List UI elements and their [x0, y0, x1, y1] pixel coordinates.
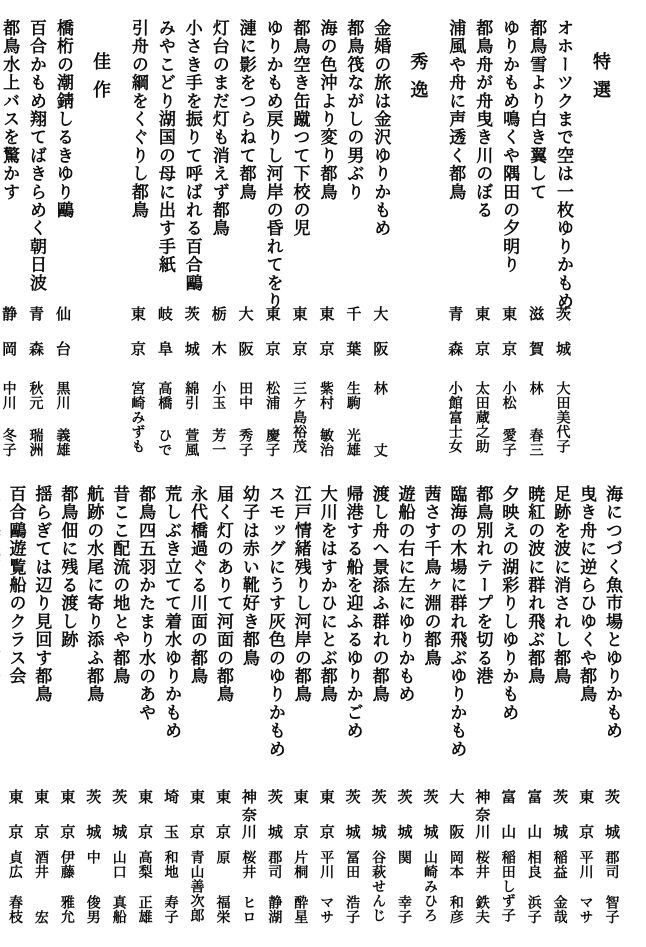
- author-name: 原福栄: [215, 850, 229, 924]
- author-name-part: 高橋: [157, 381, 171, 410]
- place-name: 岐阜: [157, 306, 172, 356]
- place-char: 東: [189, 789, 204, 804]
- poem-entry: 揺らぎては辺り見回す都鳥東京酒井宏: [29, 478, 52, 941]
- author-name-part: 小松: [502, 381, 516, 410]
- place-char: 城: [267, 824, 282, 839]
- author-name-part: 敏治: [319, 428, 333, 457]
- author-name-part: 林: [529, 381, 543, 396]
- author-name-part: 和彦: [449, 895, 463, 924]
- place-name: 茨城: [267, 789, 282, 839]
- poem-entry: 都鳥別れテープを切る港神奈川桜井鉄夫: [470, 478, 493, 941]
- author-name-part: ひで: [157, 428, 171, 457]
- author-name-part: 山崎みひろ: [423, 850, 437, 923]
- section-header-label: 特選: [590, 52, 611, 108]
- author-name: 相良浜子: [527, 850, 541, 924]
- place-char: 城: [552, 824, 567, 839]
- place-name: 茨城: [111, 789, 126, 839]
- author-name-part: 稲田しず子: [501, 850, 515, 923]
- author-name: 中川冬子: [2, 381, 16, 457]
- poem-entry: 届く灯のありて河面の都鳥東京原福栄: [211, 478, 234, 941]
- author-name-part: 小玉: [211, 381, 225, 410]
- author-name-part: 岡本: [449, 850, 463, 879]
- place-name: 神奈川: [474, 789, 489, 839]
- place-char: 茨: [184, 306, 199, 321]
- poem-entry: 都鳥筏ながしの男ぶり千葉生駒光雄: [341, 12, 364, 472]
- author-name-part: 金哉: [553, 895, 567, 924]
- place-char: 京: [189, 824, 204, 839]
- place-char: 京: [501, 341, 516, 356]
- place-char: 茨: [397, 789, 412, 804]
- place-char: 東: [293, 789, 308, 804]
- place-name: 東京: [293, 789, 308, 839]
- place-name: 神奈川: [241, 789, 256, 839]
- author-name-part: 丈: [373, 443, 387, 458]
- author-name: 平川マサ: [319, 850, 333, 924]
- author-name-part: 宮崎みずも: [130, 381, 144, 454]
- author-name-part: 郡司: [605, 850, 619, 879]
- place-name: 千葉: [345, 306, 360, 356]
- poem-entry: 航跡の水尾に寄り添ふ都鳥茨城中俊男: [81, 478, 104, 941]
- poem-entry: 都鳥雪より白き翼して滋賀林春三: [524, 12, 547, 472]
- author-name-part: 生駒: [346, 381, 360, 410]
- section-header: 特選: [587, 12, 613, 512]
- author-name-part: 貞広: [8, 850, 22, 879]
- place-char: 東: [59, 789, 74, 804]
- place-name: 東京: [265, 306, 280, 356]
- place-name: 大阪: [448, 789, 463, 839]
- author-name-part: 秀子: [238, 428, 252, 457]
- author-name-part: マサ: [319, 895, 333, 924]
- author-name-part: 真船: [112, 895, 126, 924]
- place-char: 青: [447, 306, 462, 321]
- poem-entry: 帰港する船を迎ふるゆりかごめ茨城冨田浩子: [341, 478, 364, 941]
- place-char: 京: [578, 824, 593, 839]
- place-char: 奈: [474, 807, 489, 822]
- author-name-part: 冨田: [345, 850, 359, 879]
- author-name: 太田蔵之助: [475, 381, 489, 457]
- place-char: 大: [238, 306, 253, 321]
- author-name-part: 浜子: [527, 895, 541, 924]
- author-name: 谷萩せんじ: [371, 850, 385, 924]
- section-header-label: 秀逸: [407, 52, 428, 108]
- place-name: 茨城: [397, 789, 412, 839]
- place-char: 台: [55, 341, 70, 356]
- author-name-part: 紫村: [319, 381, 333, 410]
- poem-entry: 足跡を波に消されし都鳥茨城稲益金哉: [548, 478, 571, 941]
- place-char: 栃: [211, 306, 226, 321]
- author-name-part: 和地: [164, 850, 178, 879]
- place-char: 城: [397, 824, 412, 839]
- place-name: 青森: [28, 306, 43, 356]
- author-name-part: 中川: [2, 381, 16, 410]
- place-name: 茨城: [555, 306, 570, 356]
- author-name-part: 原: [215, 850, 229, 865]
- poem-entry: 海の色沖より変り都鳥東京紫村敏治: [315, 12, 338, 472]
- place-char: 東: [215, 789, 230, 804]
- poem-entry: 都鳥水上バスを驚かす静岡中川冬子: [0, 12, 20, 472]
- author-name-part: 大田美代子: [556, 381, 570, 454]
- place-char: 東: [137, 789, 152, 804]
- author-name: 松浦慶子: [265, 381, 279, 457]
- author-name-part: 福栄: [215, 895, 229, 924]
- poem-entry: 灯台のまだ灯も消えず都鳥栃木小玉芳一: [207, 12, 230, 472]
- results-band-bottom: 海につづく魚市場とゆりかもめ茨城郡司智子曳き舟に逆らひゆくや都鳥東京平川マサ足跡…: [8, 478, 626, 941]
- author-name-part: 瑞洲: [29, 428, 43, 457]
- author-name-part: ヒロ: [241, 895, 255, 924]
- author-name: 伊藤雅允: [60, 850, 74, 924]
- results-band-top: 特選オホーツクまで空は一枚ゆりかもめ茨城大田美代子都鳥雪より白き翼して滋賀林春三…: [8, 12, 626, 472]
- author-name: 関幸子: [397, 850, 411, 924]
- place-char: 茨: [345, 789, 360, 804]
- author-name: 三ケ島裕茂: [292, 381, 306, 457]
- author-name-part: 愛子: [502, 428, 516, 457]
- author-name-part: 慶子: [265, 428, 279, 457]
- place-name: 茨城: [371, 789, 386, 839]
- section-header: 佳作: [87, 12, 113, 512]
- author-name: 小松愛子: [502, 381, 516, 457]
- place-name: 東京: [59, 789, 74, 839]
- poem-entry: 永代橋過ぐる川面の都鳥東京青山善次郎: [185, 478, 208, 941]
- place-char: 京: [130, 341, 145, 356]
- place-char: 茨: [552, 789, 567, 804]
- author-name-part: 平川: [319, 850, 333, 879]
- place-char: 岡: [1, 341, 16, 356]
- place-name: 青森: [447, 306, 462, 356]
- author-name: 宮崎みずも: [130, 381, 144, 457]
- author-name: 貞広春枝: [8, 850, 22, 924]
- poem-entry: 都鳥四五羽かたまり水のあや東京高梨正雄: [133, 478, 156, 941]
- place-char: 岐: [157, 306, 172, 321]
- place-char: 城: [111, 824, 126, 839]
- place-char: 木: [211, 341, 226, 356]
- place-char: 城: [555, 341, 570, 356]
- place-char: 城: [604, 824, 619, 839]
- author-name-part: 林: [373, 381, 387, 396]
- poem-entry: 引舟の綱をくぐりし都鳥東京宮崎みずも: [126, 12, 149, 472]
- author-name-part: 秋元: [29, 381, 43, 410]
- section-header-label: 佳作: [90, 52, 111, 108]
- place-name: 茨城: [422, 789, 437, 839]
- place-char: 東: [319, 789, 334, 804]
- place-char: 森: [447, 341, 462, 356]
- author-name-part: 綿引: [184, 381, 198, 410]
- place-char: 大: [448, 789, 463, 804]
- poem-entry: 都鳥佃に残る渡し跡東京伊藤雅允: [55, 478, 78, 941]
- place-char: 茨: [604, 789, 619, 804]
- place-char: 大: [372, 306, 387, 321]
- place-char: 茨: [371, 789, 386, 804]
- place-char: 茨: [85, 789, 100, 804]
- author-name-part: 稲益: [553, 850, 567, 879]
- author-name-part: 三ケ島裕茂: [292, 381, 306, 454]
- author-name: 酒井宏: [34, 850, 48, 924]
- place-char: 京: [59, 824, 74, 839]
- poem-entry: 臨海の木場に群れ飛ぶゆりかもめ大阪岡本和彦: [444, 478, 467, 941]
- place-char: 京: [292, 341, 307, 356]
- poem-entry: 昔ここ配流の地とや都鳥茨城山口真船: [107, 478, 130, 941]
- place-char: 富: [526, 789, 541, 804]
- author-name: 林丈: [373, 381, 387, 457]
- author-name-part: 宏: [34, 910, 48, 925]
- place-char: 京: [33, 824, 48, 839]
- place-char: 阜: [157, 341, 172, 356]
- author-name-part: 小館富士女: [448, 381, 462, 454]
- place-char: 京: [215, 824, 230, 839]
- author-name: 冨田浩子: [345, 850, 359, 924]
- place-char: 東: [474, 306, 489, 321]
- poem-entry: 都鳥舟が舟曳き川のぼる東京太田蔵之助: [470, 12, 493, 472]
- place-name: 茨城: [85, 789, 100, 839]
- author-name: 中俊男: [86, 850, 100, 924]
- place-name: 東京: [130, 306, 145, 356]
- author-name: 小玉芳一: [211, 381, 225, 457]
- author-name-part: 萱風: [184, 428, 198, 457]
- place-char: 富: [500, 789, 515, 804]
- place-char: 川: [474, 824, 489, 839]
- author-name: 高梨正雄: [138, 850, 152, 924]
- author-name: 稲益金哉: [553, 850, 567, 924]
- author-name: 郡司静湖: [267, 850, 281, 924]
- place-name: 東京: [7, 789, 22, 839]
- place-name: 富山: [500, 789, 515, 839]
- place-char: 京: [7, 824, 22, 839]
- place-char: 滋: [528, 306, 543, 321]
- author-name-part: 桜井: [475, 850, 489, 879]
- section-header: 秀逸: [404, 12, 430, 512]
- place-char: 京: [319, 824, 334, 839]
- author-name-part: 静湖: [267, 895, 281, 924]
- place-char: 東: [7, 789, 22, 804]
- author-name-part: 谷萩せんじ: [371, 850, 385, 923]
- place-char: 茨: [422, 789, 437, 804]
- place-char: 城: [422, 824, 437, 839]
- author-name-part: 智子: [605, 895, 619, 924]
- place-name: 仙台: [55, 306, 70, 356]
- place-char: 城: [371, 824, 386, 839]
- author-name-part: 寿子: [164, 895, 178, 924]
- place-char: 阪: [372, 341, 387, 356]
- place-name: 茨城: [552, 789, 567, 839]
- place-char: 東: [578, 789, 593, 804]
- place-char: 玉: [163, 824, 178, 839]
- poem-entry: 浦風や舟に声透く都鳥青森小館富士女: [443, 12, 466, 472]
- place-char: 城: [345, 824, 360, 839]
- poem-entry: 曳き舟に逆らひゆくや都鳥東京平川マサ: [574, 478, 597, 941]
- author-name-part: 酒井: [34, 850, 48, 879]
- author-name: 郡司智子: [605, 850, 619, 924]
- place-char: 東: [501, 306, 516, 321]
- author-name-part: 義雄: [55, 428, 69, 457]
- place-char: 茨: [267, 789, 282, 804]
- place-char: 東: [130, 306, 145, 321]
- place-name: 静岡: [1, 306, 16, 356]
- poem-entry: 江戸情緒残りし河岸の都鳥東京片桐酔星: [289, 478, 312, 941]
- poem-entry: 都鳥空き缶蹴つて下校の児東京三ケ島裕茂: [288, 12, 311, 472]
- poem-entry: 渡し舟へ景添ふ群れの都鳥茨城谷萩せんじ: [367, 478, 390, 941]
- author-name-part: 青山善次郎: [190, 850, 204, 923]
- place-char: 神: [241, 789, 256, 804]
- place-char: 奈: [241, 807, 256, 822]
- place-char: 川: [241, 824, 256, 839]
- place-char: 東: [33, 789, 48, 804]
- author-name-part: 高梨: [138, 850, 152, 879]
- poem-entry: 暁紅の波に群れ飛ぶ都鳥富山相良浜子: [522, 478, 545, 941]
- place-char: 東: [265, 306, 280, 321]
- place-name: 東京: [215, 789, 230, 839]
- author-name-part: 幸子: [397, 895, 411, 924]
- place-name: 茨城: [345, 789, 360, 839]
- author-name-part: 太田蔵之助: [475, 381, 489, 454]
- place-name: 滋賀: [528, 306, 543, 356]
- place-name: 東京: [33, 789, 48, 839]
- author-name-part: 桜井: [241, 850, 255, 879]
- poem-entry: スモッグにうす灰色のゆりかもめ茨城郡司静湖: [263, 478, 286, 941]
- author-name-part: 光雄: [346, 428, 360, 457]
- author-name-part: 俊男: [86, 895, 100, 924]
- place-name: 茨城: [184, 306, 199, 356]
- place-char: 城: [85, 824, 100, 839]
- author-name-part: 相良: [527, 850, 541, 879]
- place-name: 栃木: [211, 306, 226, 356]
- place-char: 京: [474, 341, 489, 356]
- poem-entry: 海につづく魚市場とゆりかもめ茨城郡司智子: [600, 478, 623, 941]
- poem-entry: 荒しぶき立てて着水ゆりかもめ埼玉和地寿子: [159, 478, 182, 941]
- place-char: 京: [137, 824, 152, 839]
- author-name: 和地寿子: [164, 850, 178, 924]
- place-char: 埼: [163, 789, 178, 804]
- author-name: 山口真船: [112, 850, 126, 924]
- author-name: 生駒光雄: [346, 381, 360, 457]
- place-char: 京: [318, 341, 333, 356]
- place-name: 東京: [189, 789, 204, 839]
- author-name-part: 浩子: [345, 895, 359, 924]
- place-char: 千: [345, 306, 360, 321]
- poem-entry: 小さき手を振りて呼ばれる百合鷗茨城綿引萱風: [180, 12, 203, 472]
- place-name: 富山: [526, 789, 541, 839]
- place-char: 茨: [555, 306, 570, 321]
- author-name-part: 郡司: [267, 850, 281, 879]
- place-char: 森: [28, 341, 43, 356]
- place-char: 東: [292, 306, 307, 321]
- poem-entry: ゆりかもめ戻りし河岸の昏れてをり東京松浦慶子: [261, 12, 284, 472]
- author-name-part: 田中: [238, 381, 252, 410]
- poem-entry: 百合鷗遊覧船のクラス会東京貞広春枝: [4, 478, 27, 941]
- author-name: 黒川義雄: [55, 381, 69, 457]
- author-name: 田中秀子: [238, 381, 252, 457]
- author-name-part: マサ: [579, 895, 593, 924]
- author-name: 高橋ひで: [157, 381, 171, 457]
- poem-entry: 光る海眼下にありて都鳥栃木小玉キエ: [0, 478, 1, 941]
- poem-entry: 漣に影をつらねて都鳥大阪田中秀子: [234, 12, 257, 472]
- place-char: 神: [474, 789, 489, 804]
- author-name: 大田美代子: [556, 381, 570, 457]
- author-name-part: 片桐: [293, 850, 307, 879]
- place-name: 埼玉: [163, 789, 178, 839]
- place-name: 東京: [137, 789, 152, 839]
- poem-entry: 茜さす千鳥ヶ淵の都鳥茨城山崎みひろ: [419, 478, 442, 941]
- place-char: 京: [265, 341, 280, 356]
- author-name: 山崎みひろ: [423, 850, 437, 924]
- place-name: 東京: [292, 306, 307, 356]
- author-name: 秋元瑞洲: [29, 381, 43, 457]
- author-name-part: 関: [397, 850, 411, 865]
- place-char: 賀: [528, 341, 543, 356]
- place-char: 京: [293, 824, 308, 839]
- contest-results-page: 特選オホーツクまで空は一枚ゆりかもめ茨城大田美代子都鳥雪より白き翼して滋賀林春三…: [0, 0, 646, 947]
- author-name: 桜井鉄夫: [475, 850, 489, 924]
- place-char: 阪: [238, 341, 253, 356]
- place-char: 仙: [55, 306, 70, 321]
- place-name: 大阪: [372, 306, 387, 356]
- author-name-part: 伊藤: [60, 850, 74, 879]
- author-name-part: 平川: [579, 850, 593, 879]
- author-name-part: 春枝: [8, 895, 22, 924]
- place-char: 静: [1, 306, 16, 321]
- author-name-part: 正雄: [138, 895, 152, 924]
- place-name: 東京: [501, 306, 516, 356]
- author-name-part: 雅允: [60, 895, 74, 924]
- place-char: 城: [184, 341, 199, 356]
- author-name: 小館富士女: [448, 381, 462, 457]
- author-name-part: 鉄夫: [475, 895, 489, 924]
- place-char: 東: [318, 306, 333, 321]
- author-name: 林春三: [529, 381, 543, 457]
- author-name-part: 山口: [112, 850, 126, 879]
- author-name: 桜井ヒロ: [241, 850, 255, 924]
- place-name: 大阪: [238, 306, 253, 356]
- author-name-part: 冬子: [2, 428, 16, 457]
- poem-entry: 大川をはすかひにとぶ都鳥東京平川マサ: [315, 478, 338, 941]
- place-char: 山: [526, 824, 541, 839]
- poem-entry: 幼子は赤い靴好き都鳥神奈川桜井ヒロ: [237, 478, 260, 941]
- place-char: 青: [28, 306, 43, 321]
- author-name-part: 黒川: [55, 381, 69, 410]
- place-name: 東京: [318, 306, 333, 356]
- place-name: 東京: [319, 789, 334, 839]
- poem-entry: 遊船の右に左にゆりかもめ茨城関幸子: [393, 478, 416, 941]
- author-name: 平川マサ: [579, 850, 593, 924]
- author-name-part: 酔星: [293, 895, 307, 924]
- author-name-part: 芳一: [211, 428, 225, 457]
- author-name: 紫村敏治: [319, 381, 333, 457]
- poem-entry: 夕映えの湖彩りしゆりかもめ富山稲田しず子: [496, 478, 519, 941]
- author-name-part: 中: [86, 850, 100, 865]
- poem-entry: ゆりかもめ鳴くや隅田の夕明り東京小松愛子: [497, 12, 520, 472]
- author-name: 青山善次郎: [190, 850, 204, 924]
- place-name: 東京: [474, 306, 489, 356]
- poem-entry: 金婚の旅は金沢ゆりかもめ大阪林丈: [368, 12, 391, 472]
- author-name-part: 松浦: [265, 381, 279, 410]
- place-char: 阪: [448, 824, 463, 839]
- poem-entry: オホーツクまで空は一枚ゆりかもめ茨城大田美代子: [551, 12, 574, 472]
- author-name-part: 春三: [529, 428, 543, 457]
- place-char: 茨: [111, 789, 126, 804]
- poem-entry: 橋桁の潮錆しるきゆり鷗仙台黒川義雄: [51, 12, 74, 472]
- author-name: 稲田しず子: [501, 850, 515, 924]
- author-name: 片桐酔星: [293, 850, 307, 924]
- author-name: 綿引萱風: [184, 381, 198, 457]
- place-name: 東京: [578, 789, 593, 839]
- place-name: 茨城: [604, 789, 619, 839]
- poem-entry: みやこどり湖国の母に出す手紙岐阜高橋ひで: [153, 12, 176, 472]
- place-char: 葉: [345, 341, 360, 356]
- author-name: 岡本和彦: [449, 850, 463, 924]
- poem-entry: 百合かもめ翔てばきらめく朝日波青森秋元瑞洲: [24, 12, 47, 472]
- poem-text: 光る海眼下にありて都鳥: [0, 478, 1, 941]
- place-char: 山: [500, 824, 515, 839]
